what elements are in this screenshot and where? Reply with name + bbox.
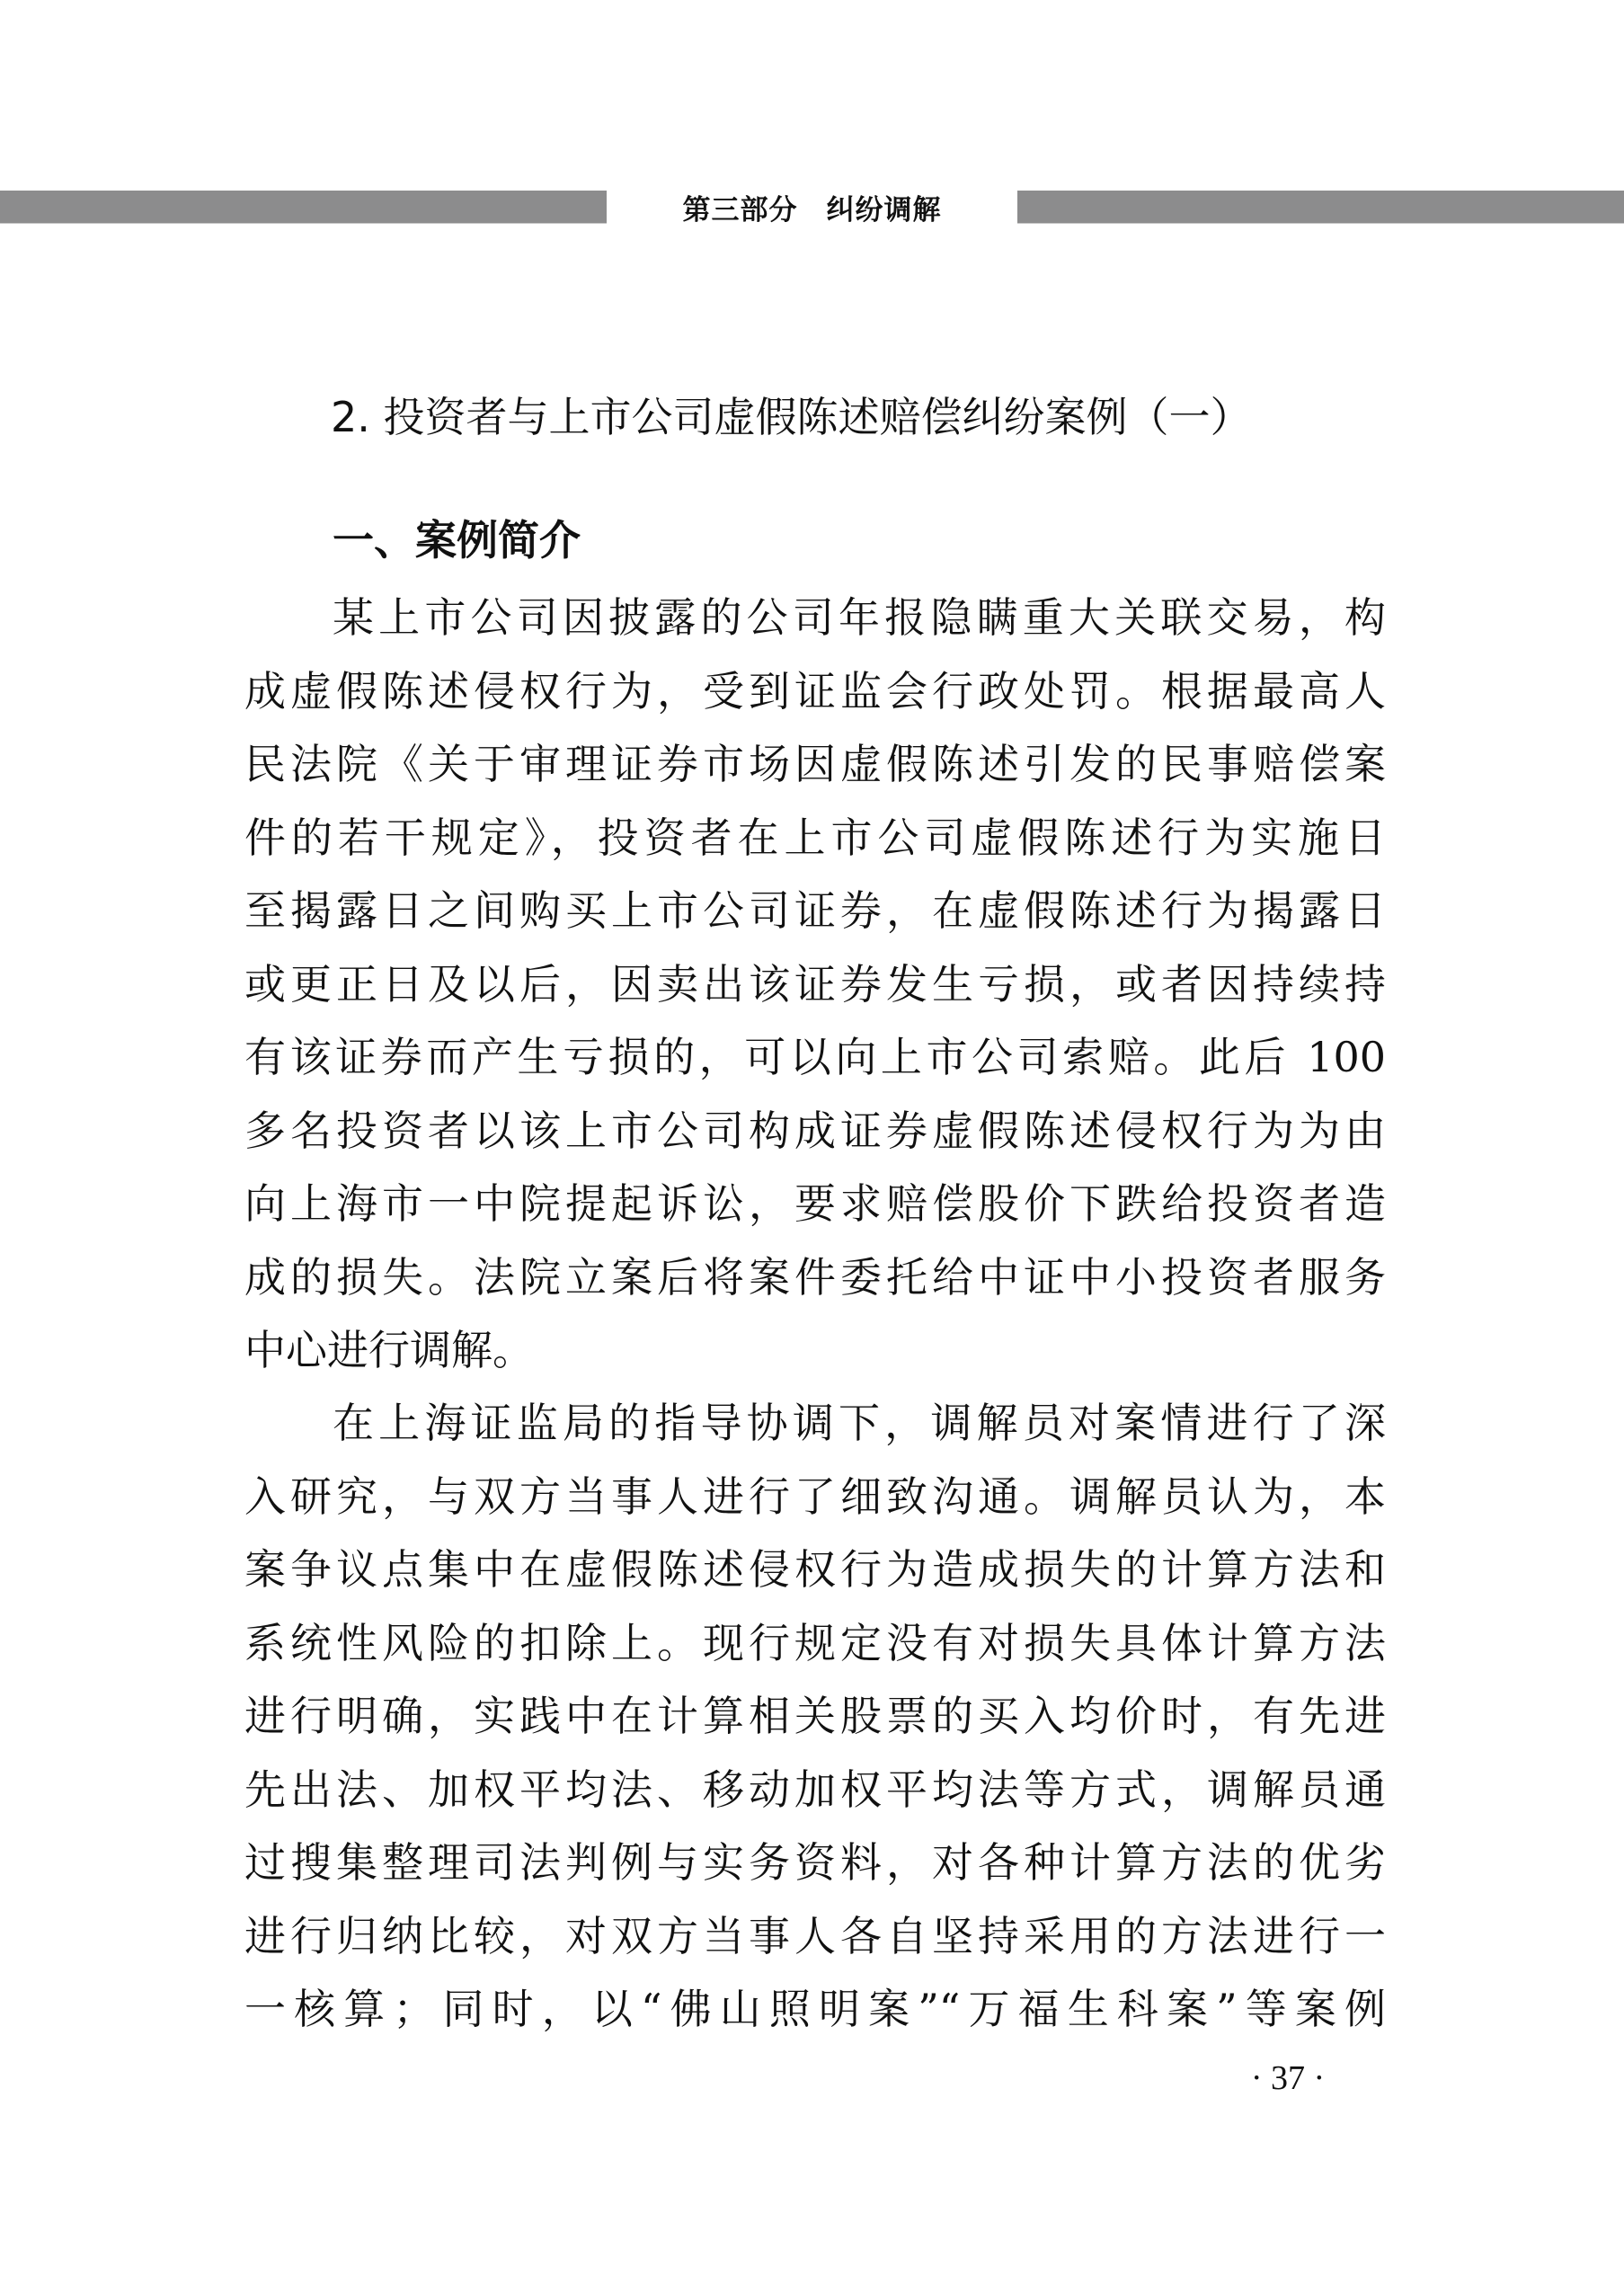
paragraph-mediation-process: 在上海证监局的指导协调下，调解员对案情进行了深 入研究，与双方当事人进行了细致沟… — [244, 1387, 1386, 2047]
text-line: 系统性风险的扣除上。现行规定没有对损失具体计算方法 — [244, 1607, 1386, 1681]
text-line: 案争议点集中在虚假陈述侵权行为造成损失的计算方法和 — [244, 1533, 1386, 1607]
text-line: 过搜集整理司法判例与实务资料，对各种计算方法的优劣 — [244, 1826, 1386, 1900]
text-line: 某上市公司因披露的公司年报隐瞒重大关联交易，构 — [244, 582, 1386, 655]
text-line: 进行明确，实践中在计算相关股票的买入均价时，有先进 — [244, 1680, 1386, 1754]
running-header-text: 第三部分 纠纷调解 — [607, 187, 1017, 227]
chapter-title: 2. 投资者与上市公司虚假陈述赔偿纠纷案例（一） — [331, 385, 1409, 444]
header-bar-right — [1017, 191, 1624, 224]
page-number: · 37 · — [1238, 2058, 1337, 2098]
text-line: 有该证券而产生亏损的，可以向上市公司索赔。此后 100 — [244, 1021, 1386, 1095]
text-line: 入研究，与双方当事人进行了细致沟通。调解员认为，本 — [244, 1461, 1386, 1534]
text-line: 民法院《关于审理证券市场因虚假陈述引发的民事赔偿案 — [244, 728, 1386, 802]
text-line: 成虚假陈述侵权行为，受到证监会行政处罚。根据最高人 — [244, 655, 1386, 729]
paragraph-case-intro: 某上市公司因披露的公司年报隐瞒重大关联交易，构 成虚假陈述侵权行为，受到证监会行… — [244, 582, 1386, 1388]
running-header: 第三部分 纠纷调解 — [0, 191, 1624, 225]
header-bar-left — [0, 191, 607, 224]
text-line: 向上海市一中院提起诉讼，要求赔偿股价下跌给投资者造 — [244, 1168, 1386, 1241]
text-line: 进行归纳比较，对双方当事人各自坚持采用的方法进行一 — [244, 1900, 1386, 1974]
section-heading: 一、案例简介 — [333, 508, 581, 567]
text-line: 一核算；同时，以“佛山照明案”“万福生科案”等案例 — [244, 1973, 1386, 2047]
text-line: 至揭露日之间购买上市公司证券，在虚假陈述行为揭露日 — [244, 875, 1386, 948]
text-line: 件的若干规定》，投资者在上市公司虚假陈述行为实施日 — [244, 802, 1386, 875]
text-line: 或更正日及以后，因卖出该证券发生亏损，或者因持续持 — [244, 948, 1386, 1022]
text-line: 中心进行调解。 — [244, 1314, 1386, 1388]
text-line: 先出法、加权平均法、移动加权平均法等方式，调解员通 — [244, 1754, 1386, 1827]
text-line: 多名投资者以该上市公司构成证券虚假陈述侵权行为为由 — [244, 1095, 1386, 1169]
text-line: 在上海证监局的指导协调下，调解员对案情进行了深 — [244, 1387, 1386, 1461]
text-line: 成的损失。法院立案后将案件委托给中证中小投资者服务 — [244, 1241, 1386, 1315]
